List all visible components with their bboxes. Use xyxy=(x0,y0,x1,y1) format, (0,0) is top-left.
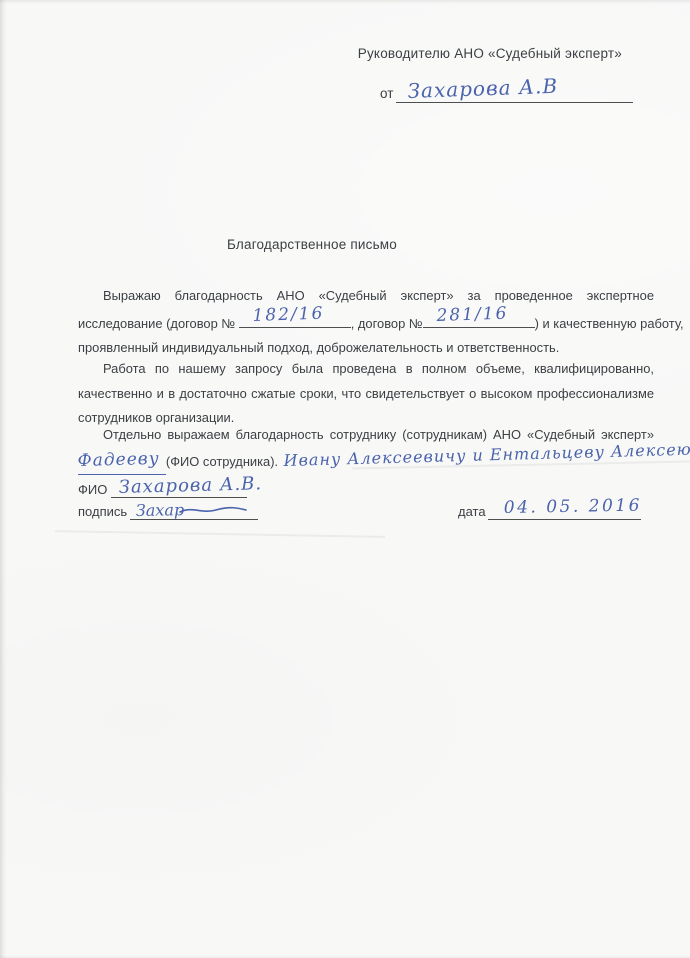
from-label: от xyxy=(380,86,393,103)
p1-line2-pre: исследование (договор № xyxy=(78,316,239,331)
paragraph-gratitude: Выражаю благодарность АНО «Судебный эксп… xyxy=(78,284,654,361)
paper-left-edge-shadow xyxy=(0,0,7,958)
paragraph-employee: Отдельно выражаем благодарность сотрудни… xyxy=(78,423,654,475)
p3-handwritten-line: Фадееву(ФИО сотрудника).Ивану Алексеевич… xyxy=(78,449,654,476)
signature-flourish-stroke xyxy=(178,504,248,516)
p2-line1: Работа по нашему запросу была проведена … xyxy=(78,357,654,382)
fio-note: (ФИО сотрудника). xyxy=(166,454,278,469)
date-underline: 04. 05. 2016 xyxy=(488,501,641,520)
date-label: дата xyxy=(458,504,486,520)
signature-label: подпись xyxy=(78,504,127,520)
fio-row: ФИО Захарова А.В. xyxy=(78,479,247,498)
date-row: дата 04. 05. 2016 xyxy=(458,501,641,520)
contract2-underline: 281/16 xyxy=(423,309,535,328)
paragraph-quality: Работа по нашему запросу была проведена … xyxy=(78,357,654,431)
date-handwritten: 04. 05. 2016 xyxy=(503,496,641,518)
contract2-number-handwritten: 281/16 xyxy=(436,302,509,329)
fio-underline: Захарова А.В. xyxy=(111,479,247,498)
p1-line1: Выражаю благодарность АНО «Судебный эксп… xyxy=(78,284,654,309)
from-name-handwritten: Захарова А.В xyxy=(408,74,559,103)
p2-line2: качественно и в достаточно сжатые сроки,… xyxy=(78,382,654,407)
recipient-line: Руководителю АНО «Судебный эксперт» xyxy=(358,46,622,61)
letter-title: Благодарственное письмо xyxy=(0,237,624,252)
from-line: от Захарова А.В xyxy=(380,74,633,103)
signature-row: подпись Захар xyxy=(78,501,258,520)
fio-name-handwritten: Захарова А.В. xyxy=(119,473,263,498)
paper-top-edge-shadow xyxy=(0,0,690,4)
employee-name-handwritten: Фадееву xyxy=(77,446,160,473)
from-underline: Захарова А.В xyxy=(396,74,633,103)
paper-crease xyxy=(55,530,385,537)
signature-underline: Захар xyxy=(130,501,258,520)
contract1-number-handwritten: 182/16 xyxy=(252,302,325,329)
p1-line2-post: ) и качественную работу, xyxy=(535,316,684,331)
p1-line2: исследование (договор № 182/16, договор … xyxy=(78,309,654,337)
employee-name-underline: Фадееву xyxy=(78,449,166,476)
p1-line2-mid: , договор № xyxy=(351,316,423,331)
contract1-underline: 182/16 xyxy=(239,309,351,328)
fio-label: ФИО xyxy=(78,482,107,498)
scanned-letter-page: Руководителю АНО «Судебный эксперт» от З… xyxy=(0,0,690,958)
signature-handwritten: Захар xyxy=(136,500,185,520)
